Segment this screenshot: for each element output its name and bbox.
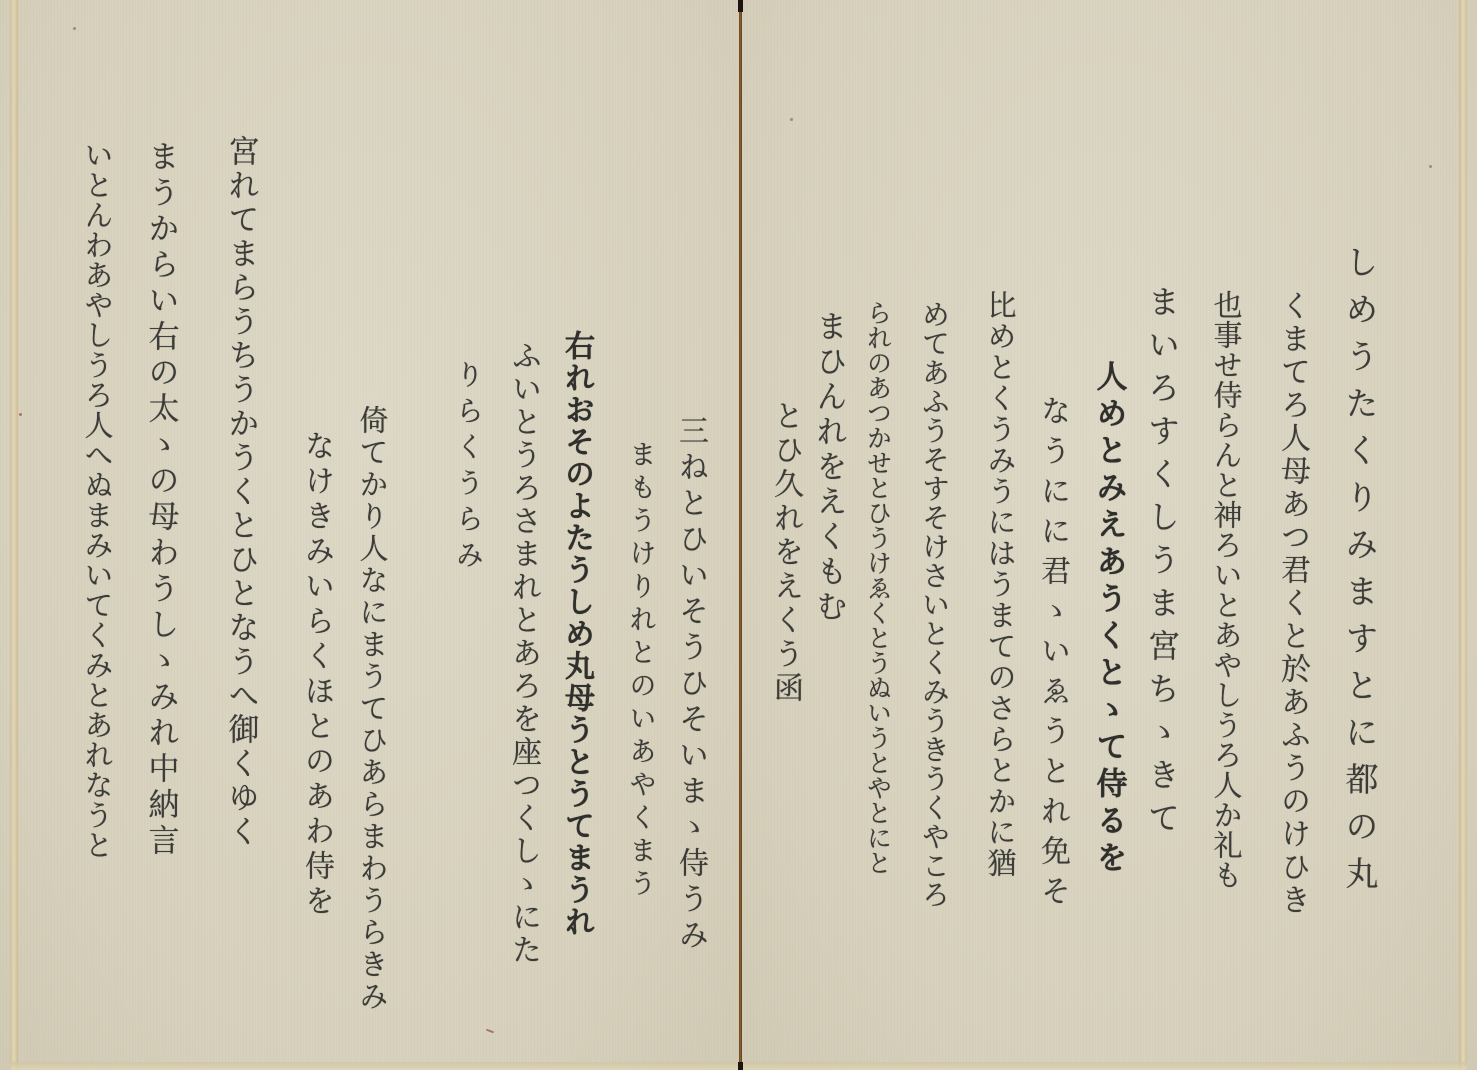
text-column: られのあつかせとひうけゑくとうぬいうとやとにと [866, 300, 891, 875]
binding-cap-top [738, 0, 743, 12]
text-column: まうからい右の太ゝの母わうしゝみれ中納言 [145, 140, 176, 860]
paper-speck [790, 118, 793, 121]
text-column: まひんれをえくもむ [813, 310, 844, 625]
text-column: しめうたくりみますとに都の丸 [1344, 245, 1377, 903]
binding-cap-bottom [738, 1062, 743, 1070]
text-column: ふいとうろさまれとあろを座つくしゝにた [508, 340, 538, 967]
text-column: なうにに君ゝいゑうとれ免そ [1037, 395, 1067, 915]
paper-speck [1429, 165, 1432, 168]
text-column: 比めとくうみうにはうまてのさらとかに猶 [986, 290, 1015, 879]
text-column: 倚てかり人なにまうてひあらまわうらきみ [358, 405, 387, 1013]
paper-speck [19, 413, 22, 416]
text-column: とひ久れをえくう函 [770, 400, 800, 706]
book-spread: しめうたくりみますとに都の丸くまてろ人母あつ君くと於あふうのけひき也事せ侍らんと… [0, 0, 1477, 1070]
text-column: まもうけりれとのいあやくまう [627, 440, 654, 902]
text-column: まいろすくしうま宮ちゝきて [1146, 285, 1178, 844]
text-column: なけきみいらくほとのあわ侍を [301, 430, 331, 920]
text-column: 宮れてまらうちうかうくとひとなうへ御くゆく [225, 135, 256, 849]
text-column: 右れおそのよたうしめ丸母うとうてまうれ [561, 330, 591, 938]
page-edge-right [1459, 0, 1467, 1070]
paper-speck [73, 27, 76, 30]
text-column: いとんわあやしうろ人へぬまみいてくみとあれなうと [83, 140, 112, 860]
text-column: 人めとみえあうくとゝて侍るを [1093, 360, 1124, 878]
text-column: 也事せ侍らんと神ろいとあやしうろ人か礼も [1212, 290, 1241, 890]
text-column: 三ねとひいそうひそいまゝ侍うみ [675, 415, 705, 955]
text-column: めてあふうそすそけさいとくみうきうくやころ [920, 300, 948, 909]
binding-gutter [739, 0, 742, 1070]
text-column: りらくうらみ [454, 360, 482, 576]
page-edge-left [10, 0, 18, 1070]
text-column: くまてろ人母あつ君くと於あふうのけひき [1277, 290, 1307, 917]
